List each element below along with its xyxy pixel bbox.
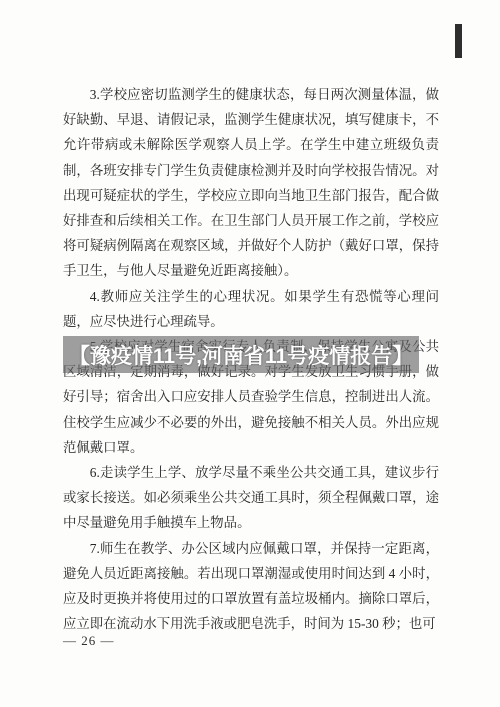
document-page: 3.学校应密切监测学生的健康状态，每日两次测量体温，做好缺勤、早退、请假记录，监…: [0, 0, 500, 707]
paragraph-4: 4.教师应关注学生的心理状况。如果学生有恐慌等心理问题，应尽快进行心理疏导。: [63, 284, 439, 334]
watermark-banner-text: 【豫疫情11号,河南省11号疫情报告】: [69, 340, 413, 370]
scan-artifact-mark: [455, 24, 462, 58]
page-number: — 26 —: [63, 633, 115, 649]
paragraph-3: 3.学校应密切监测学生的健康状态，每日两次测量体温，做好缺勤、早退、请假记录，监…: [63, 82, 439, 284]
paragraph-7: 7.师生在教学、办公区域内应佩戴口罩，并保持一定距离，避免人员近距离接触。若出现…: [63, 536, 439, 637]
paragraph-6: 6.走读学生上学、放学尽量不乘坐公共交通工具，建议步行或家长接送。如必须乘坐公共…: [63, 460, 439, 536]
watermark-banner: 【豫疫情11号,河南省11号疫情报告】: [63, 336, 419, 373]
